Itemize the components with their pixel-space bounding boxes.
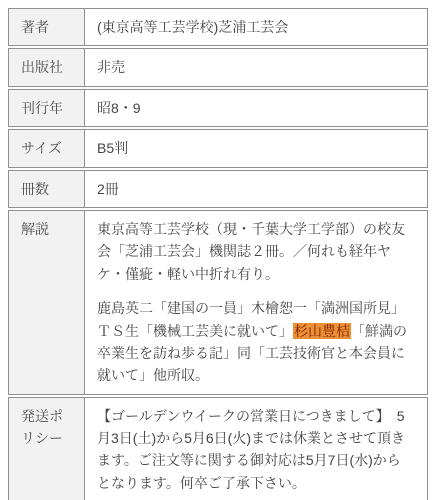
description-value: 東京高等工芸学校（現・千葉大学工学部）の校友会「芝浦工芸会」機関誌２冊。／何れも…	[85, 211, 427, 394]
table-row-publication-year: 刊行年 昭8・9	[8, 89, 428, 127]
author-label: 著者	[9, 9, 85, 45]
table-row-publisher: 出版社 非売	[8, 48, 428, 86]
publisher-label: 出版社	[9, 49, 85, 85]
book-detail-table: 著者 (東京高等工芸学校)芝浦工芸会 出版社 非売 刊行年 昭8・9 サイズ B…	[8, 8, 428, 500]
volume-count-label: 冊数	[9, 171, 85, 207]
search-highlight: 杉山豊桔	[293, 323, 351, 339]
table-row-shipping-policy: 発送ポリシー 【ゴールデンウイークの営業日につきまして】 5月3日(土)から5月…	[8, 397, 428, 500]
author-value: (東京高等工芸学校)芝浦工芸会	[85, 9, 427, 45]
table-row-description: 解説 東京高等工芸学校（現・千葉大学工学部）の校友会「芝浦工芸会」機関誌２冊。／…	[8, 210, 428, 395]
publication-year-label: 刊行年	[9, 90, 85, 126]
table-row-author: 著者 (東京高等工芸学校)芝浦工芸会	[8, 8, 428, 46]
shipping-policy-label: 発送ポリシー	[9, 398, 85, 500]
shipping-policy-value: 【ゴールデンウイークの営業日につきまして】 5月3日(土)から5月6日(火)まで…	[85, 398, 427, 500]
description-paragraph-2: 鹿島英二「建国の一員」木檜恕一「満洲国所見」ＴＳ生「機械工芸美に就いて」杉山豊桔…	[97, 297, 413, 387]
table-row-volume-count: 冊数 2冊	[8, 170, 428, 208]
size-label: サイズ	[9, 130, 85, 166]
table-row-size: サイズ B5判	[8, 129, 428, 167]
description-paragraph-1: 東京高等工芸学校（現・千葉大学工学部）の校友会「芝浦工芸会」機関誌２冊。／何れも…	[97, 218, 413, 285]
volume-count-value: 2冊	[85, 171, 427, 207]
description-label: 解説	[9, 211, 85, 394]
publisher-value: 非売	[85, 49, 427, 85]
size-value: B5判	[85, 130, 427, 166]
publication-year-value: 昭8・9	[85, 90, 427, 126]
